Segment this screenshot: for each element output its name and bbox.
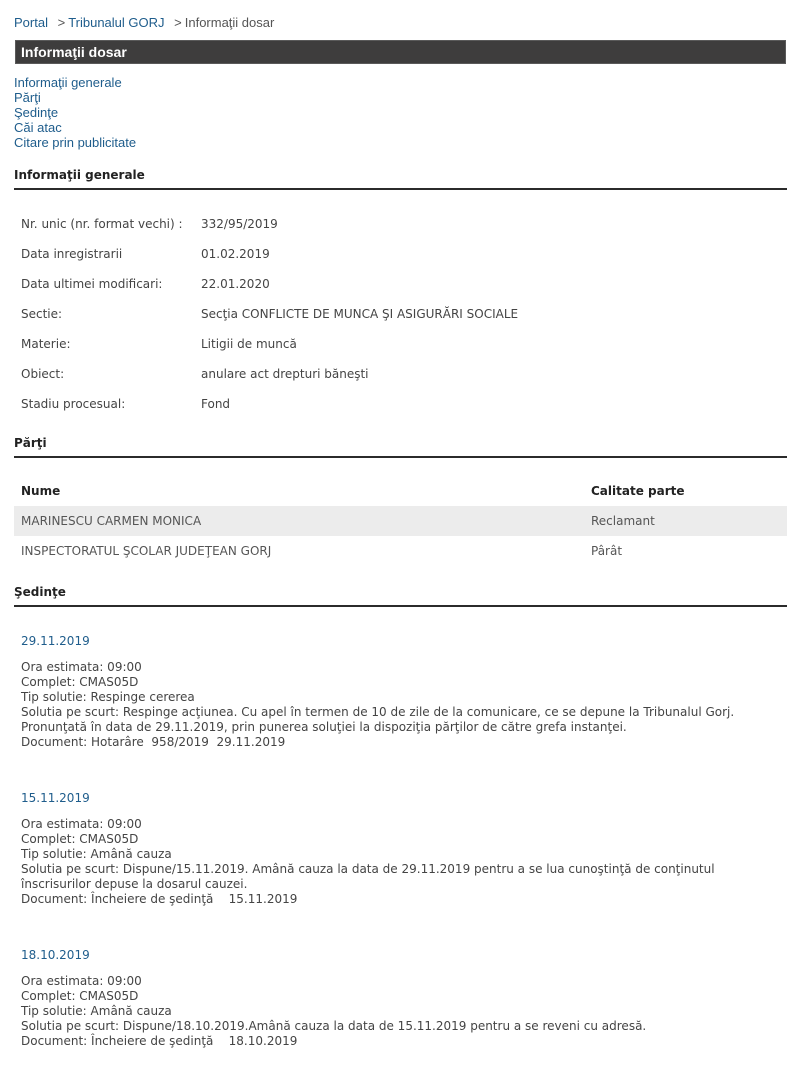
breadcrumb-portal[interactable]: Portal (14, 15, 48, 30)
info-label: Stadiu procesual: (21, 397, 125, 411)
table-row: MARINESCU CARMEN MONICA Reclamant (14, 506, 787, 536)
session-detail-line: Document: Încheiere de şedinţă 15.11.201… (21, 892, 715, 907)
info-label: Obiect: (21, 367, 64, 381)
session-detail-line: Tip solutie: Amână cauza (21, 847, 715, 862)
toc-link-informatii-generale[interactable]: Informaţii generale (14, 75, 136, 90)
party-role: Reclamant (591, 514, 655, 528)
breadcrumb-separator: > (58, 15, 66, 30)
session-detail-line: Ora estimata: 09:00 (21, 817, 715, 832)
toc-link-cai-atac[interactable]: Căi atac (14, 120, 136, 135)
session-detail-line: Solutia pe scurt: Dispune/18.10.2019.Amâ… (21, 1019, 646, 1034)
section-heading-parti: Părţi (14, 436, 787, 458)
table-row: INSPECTORATUL ŞCOLAR JUDEŢEAN GORJ Pârât (14, 536, 787, 566)
session-item: 18.10.2019Ora estimata: 09:00Complet: CM… (21, 948, 646, 1049)
info-value: anulare act drepturi băneşti (201, 367, 369, 381)
session-detail-line: Tip solutie: Respinge cererea (21, 690, 734, 705)
info-value: Litigii de muncă (201, 337, 297, 351)
party-name: MARINESCU CARMEN MONICA (21, 514, 201, 528)
page-title-bar: Informaţii dosar (15, 40, 786, 64)
session-detail-line: înscrisurilor depuse la dosarul cauzei. (21, 877, 715, 892)
parti-table-header: Nume Calitate parte (14, 478, 787, 506)
info-value: 332/95/2019 (201, 217, 278, 231)
toc-link-parti[interactable]: Părţi (14, 90, 136, 105)
session-item: 29.11.2019Ora estimata: 09:00Complet: CM… (21, 634, 734, 750)
session-detail-line: Document: Hotarâre 958/2019 29.11.2019 (21, 735, 734, 750)
party-role: Pârât (591, 544, 622, 558)
info-value: 01.02.2019 (201, 247, 270, 261)
page-title: Informaţii dosar (21, 44, 127, 60)
info-label: Data ultimei modificari: (21, 277, 162, 291)
parti-table: Nume Calitate parte MARINESCU CARMEN MON… (14, 478, 787, 566)
info-label: Materie: (21, 337, 71, 351)
info-label: Nr. unic (nr. format vechi) : (21, 217, 183, 231)
session-detail-line: Ora estimata: 09:00 (21, 660, 734, 675)
session-detail-line: Solutia pe scurt: Dispune/15.11.2019. Am… (21, 862, 715, 877)
section-heading-general: Informaţii generale (14, 168, 787, 190)
table-of-contents: Informaţii generale Părţi Şedinţe Căi at… (14, 75, 136, 150)
breadcrumb-tribunal[interactable]: Tribunalul GORJ (68, 15, 164, 30)
info-label: Data inregistrarii (21, 247, 122, 261)
session-detail-line: Pronunţată în data de 29.11.2019, prin p… (21, 720, 734, 735)
column-header-calitate: Calitate parte (591, 484, 685, 498)
breadcrumb-current: Informaţii dosar (185, 15, 275, 30)
info-value: Fond (201, 397, 230, 411)
toc-link-citare[interactable]: Citare prin publicitate (14, 135, 136, 150)
session-item: 15.11.2019Ora estimata: 09:00Complet: CM… (21, 791, 715, 907)
session-detail-line: Ora estimata: 09:00 (21, 974, 646, 989)
session-detail-line: Complet: CMAS05D (21, 832, 715, 847)
party-name: INSPECTORATUL ŞCOLAR JUDEŢEAN GORJ (21, 544, 271, 558)
session-detail-line: Document: Încheiere de şedinţă 18.10.201… (21, 1034, 646, 1049)
breadcrumb: Portal >Tribunalul GORJ >Informaţii dosa… (14, 15, 274, 30)
breadcrumb-separator: > (174, 15, 182, 30)
info-value: Secţia CONFLICTE DE MUNCA ŞI ASIGURĂRI S… (201, 307, 518, 321)
session-detail-line: Solutia pe scurt: Respinge acţiunea. Cu … (21, 705, 734, 720)
session-date: 18.10.2019 (21, 948, 646, 962)
column-header-nume: Nume (21, 484, 60, 498)
session-date: 29.11.2019 (21, 634, 734, 648)
info-label: Sectie: (21, 307, 62, 321)
session-detail-line: Complet: CMAS05D (21, 675, 734, 690)
session-detail-line: Complet: CMAS05D (21, 989, 646, 1004)
section-heading-sedinte: Şedinţe (14, 585, 787, 607)
info-value: 22.01.2020 (201, 277, 270, 291)
session-date: 15.11.2019 (21, 791, 715, 805)
session-detail-line: Tip solutie: Amână cauza (21, 1004, 646, 1019)
toc-link-sedinte[interactable]: Şedinţe (14, 105, 136, 120)
